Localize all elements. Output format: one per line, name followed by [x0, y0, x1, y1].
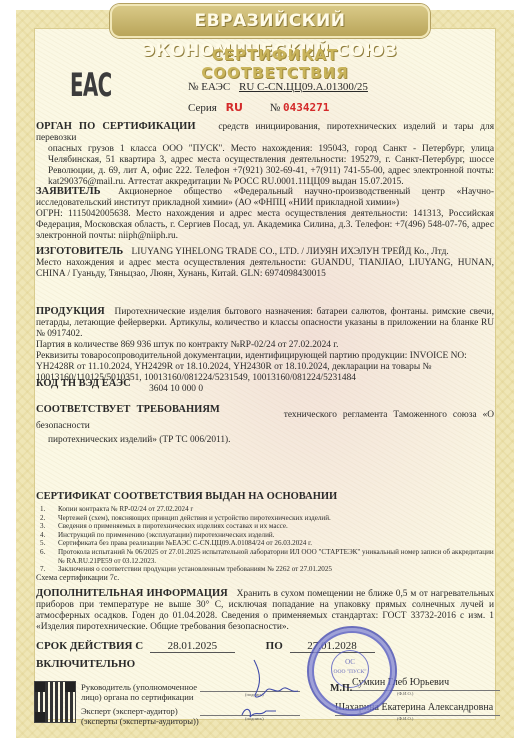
product-label: ПРОДУКЦИЯ [36, 306, 105, 317]
basis-item: 6.Протокола испытаний № 06/2025 от 27.01… [36, 548, 494, 565]
basis-item: 4.Инструкций по применению (эксплуатации… [36, 531, 494, 540]
product-section: ПРОДУКЦИЯ Пиротехнические изделия бытово… [36, 306, 494, 384]
seal-label: М.П. [330, 683, 352, 694]
basis-item: 3.Сведения о применяемых в пиротехническ… [36, 522, 494, 531]
number-value: RU C-CN.ЦЦ09.А.01300/25 [233, 81, 368, 93]
qr-code-icon[interactable] [34, 681, 76, 723]
additional-info-section: ДОПОЛНИТЕЛЬНАЯ ИНФОРМАЦИЯ Хранить в сухо… [36, 588, 494, 633]
conformity-label: СООТВЕТСТВУЕТ ТРЕБОВАНИЯМ [36, 404, 220, 415]
certification-body-section: ОРГАН ПО СЕРТИФИКАЦИИ средств инициирова… [36, 121, 494, 188]
certification-body-text: опасных грузов 1 класса ООО "ПУСК". Мест… [36, 144, 494, 188]
union-banner: ЕВРАЗИЙСКИЙ ЭКОНОМИЧЕСКИЙ СОЮЗ [110, 4, 430, 38]
conformity-section: СООТВЕТСТВУЕТ ТРЕБОВАНИЯМ технического р… [36, 404, 494, 446]
eac-mark-icon: EAC [70, 66, 112, 104]
basis-item: 5.Сертификата без права реализации №ЕАЭС… [36, 539, 494, 548]
expert-label: Эксперт (эксперт-аудитор) (эксперты (экс… [81, 706, 199, 726]
applicant-section: ЗАЯВИТЕЛЬ Акционерное общество «Федераль… [36, 186, 494, 242]
basis-heading: СЕРТИФИКАТ СООТВЕТСТВИЯ ВЫДАН НА ОСНОВАН… [36, 491, 494, 503]
applicant-details: ОГРН: 1115042005638. Место нахождения и … [36, 209, 494, 242]
series-label: Серия [188, 102, 217, 114]
signature-head-icon [232, 655, 302, 725]
hs-code-section: КОД ТН ВЭД ЕАЭС 3604 10 000 0 [36, 378, 494, 390]
applicant-label: ЗАЯВИТЕЛЬ [36, 186, 101, 197]
series-line: Серия RU № 0434271 [188, 101, 329, 114]
basis-scheme: Схема сертификации 7с. [36, 574, 494, 583]
applicant-text: Акционерное общество «Федеральный научно… [36, 187, 494, 208]
manufacturer-section: ИЗГОТОВИТЕЛЬ LIUYANG YIHELONG TRADE CO.,… [36, 246, 494, 280]
basis-item: 1.Копии контракта № RP-02/24 от 27.02.20… [36, 505, 494, 514]
blank-label: № [270, 102, 281, 114]
blank-number: 0434271 [283, 101, 329, 114]
manufacturer-details: Место нахождения и адрес места осуществл… [36, 258, 494, 280]
head-name-caption: (Ф.И.О.) [397, 691, 413, 696]
hs-code-value: 3604 10 000 0 [139, 384, 203, 394]
certification-body-label: ОРГАН ПО СЕРТИФИКАЦИИ [36, 121, 196, 132]
series-value: RU [226, 101, 243, 114]
conformity-rest: пиротехнических изделий» (ТР ТС 006/2011… [36, 435, 494, 446]
manufacturer-text: LIUYANG YIHELONG TRADE CO., LTD. / ЛИУЯН… [131, 247, 448, 257]
validity-from: 28.01.2025 [150, 640, 235, 653]
expert-name-caption: (Ф.И.О.) [397, 716, 413, 721]
basis-list: 1.Копии контракта № RP-02/24 от 27.02.20… [36, 505, 494, 582]
certificate-number: № ЕАЭС RU C-CN.ЦЦ09.А.01300/25 [188, 81, 368, 93]
validity-label: СРОК ДЕЙСТВИЯ С [36, 640, 143, 652]
manufacturer-label: ИЗГОТОВИТЕЛЬ [36, 246, 123, 257]
validity-to-label: ПО [266, 640, 283, 652]
head-label: Руководитель (уполномоченное лицо) орган… [81, 682, 197, 702]
basis-label: СЕРТИФИКАТ СООТВЕТСТВИЯ ВЫДАН НА ОСНОВАН… [36, 491, 337, 502]
additional-info-label: ДОПОЛНИТЕЛЬНАЯ ИНФОРМАЦИЯ [36, 588, 228, 599]
basis-item: 2.Чертежей (схем), поясняющих принцип де… [36, 514, 494, 523]
hs-code-label: КОД ТН ВЭД ЕАЭС [36, 378, 131, 389]
product-batch: Партия в количестве 869 936 штук по конт… [36, 340, 494, 351]
certificate-title: СЕРТИФИКАТ СООТВЕТСТВИЯ [150, 46, 400, 82]
seal-stamp-icon: ОС ООО "ПУСК" [307, 626, 397, 716]
number-label: № ЕАЭС [188, 81, 230, 93]
